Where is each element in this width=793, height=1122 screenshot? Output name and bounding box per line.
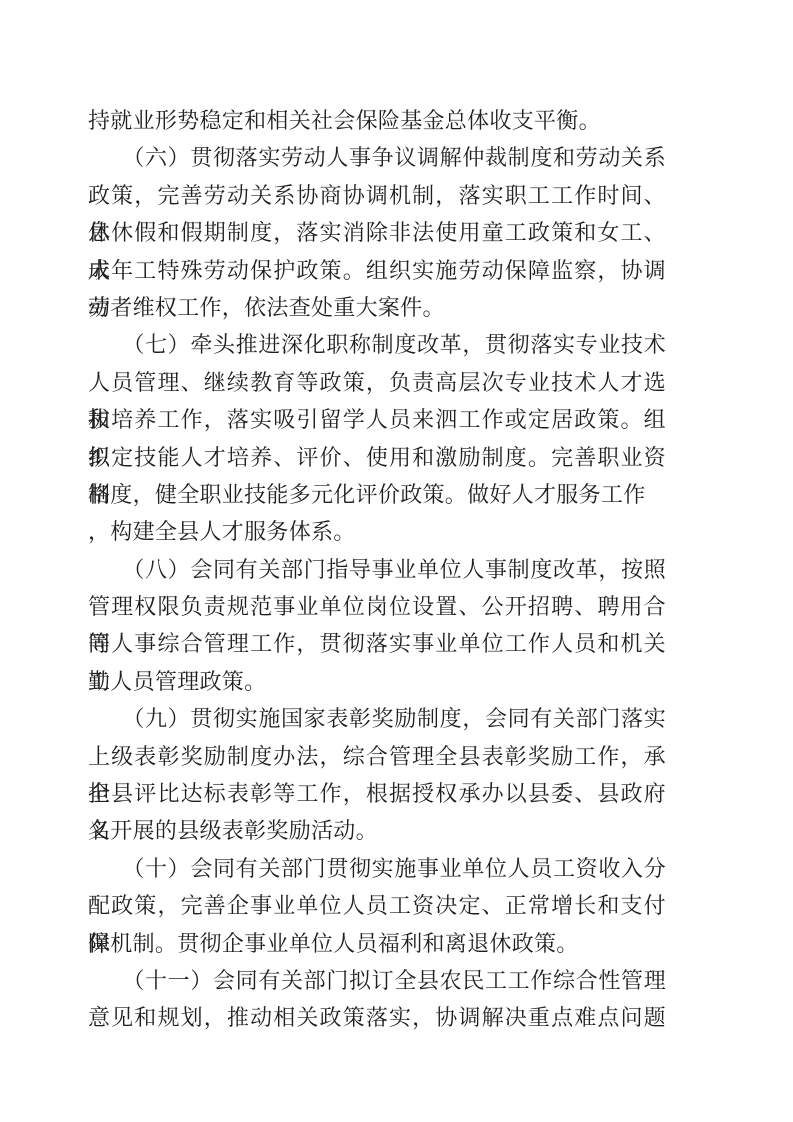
document-line-15: 等人事综合管理工作，贯彻落实事业单位工作人员和机关工 xyxy=(88,625,666,662)
document-line-12: ，构建全县人才服务体系。 xyxy=(88,513,666,550)
document-line-1: 持就业形势稳定和相关社会保险基金总体收支平衡。 xyxy=(88,102,666,139)
document-line-16: 勤人员管理政策。 xyxy=(88,663,666,700)
document-line-25: 意见和规划，推动相关政策落实，协调解决重点难点问题 xyxy=(88,999,666,1036)
document-line-22: 配政策，完善企事业单位人员工资决定、正常增长和支付保 xyxy=(88,887,666,924)
document-line-6: 动者维权工作，依法查处重大案件。 xyxy=(88,289,666,326)
document-line-13: （八）会同有关部门指导事业单位人事制度改革，按照 xyxy=(88,551,666,588)
document-line-2: （六）贯彻落实劳动人事争议调解仲裁制度和劳动关系 xyxy=(88,139,666,176)
document-line-10: 拟定技能人才培养、评价、使用和激励制度。完善职业资格 xyxy=(88,439,666,476)
document-line-14: 管理权限负责规范事业单位岗位设置、公开招聘、聘用合同 xyxy=(88,588,666,625)
document-line-24: （十一）会同有关部门拟订全县农民工工作综合性管理 xyxy=(88,962,666,999)
document-line-5: 成年工特殊劳动保护政策。组织实施劳动保障监察，协调劳 xyxy=(88,252,666,289)
document-line-18: 上级表彰奖励制度办法，综合管理全县表彰奖励工作，承担 xyxy=(88,738,666,775)
document-line-21: （十）会同有关部门贯彻实施事业单位人员工资收入分 xyxy=(88,850,666,887)
document-line-8: 人员管理、继续教育等政策，负责高层次专业技术人才选拔 xyxy=(88,364,666,401)
document-line-20: 义开展的县级表彰奖励活动。 xyxy=(88,812,666,849)
document-line-9: 和培养工作，落实吸引留学人员来泗工作或定居政策。组织 xyxy=(88,401,666,438)
document-line-19: 全县评比达标表彰等工作，根据授权承办以县委、县政府名 xyxy=(88,775,666,812)
document-line-4: 息休假和假期制度，落实消除非法使用童工政策和女工、未 xyxy=(88,214,666,251)
document-line-23: 障机制。贯彻企事业单位人员福利和离退休政策。 xyxy=(88,925,666,962)
document-line-11: 制度，健全职业技能多元化评价政策。做好人才服务工作 xyxy=(88,476,666,513)
document-page: 持就业形势稳定和相关社会保险基金总体收支平衡。 （六）贯彻落实劳动人事争议调解仲… xyxy=(0,0,793,1122)
document-line-3: 政策，完善劳动关系协商协调机制，落实职工工作时间、休 xyxy=(88,177,666,214)
document-line-7: （七）牵头推进深化职称制度改革，贯彻落实专业技术 xyxy=(88,326,666,363)
document-line-17: （九）贯彻实施国家表彰奖励制度，会同有关部门落实 xyxy=(88,700,666,737)
